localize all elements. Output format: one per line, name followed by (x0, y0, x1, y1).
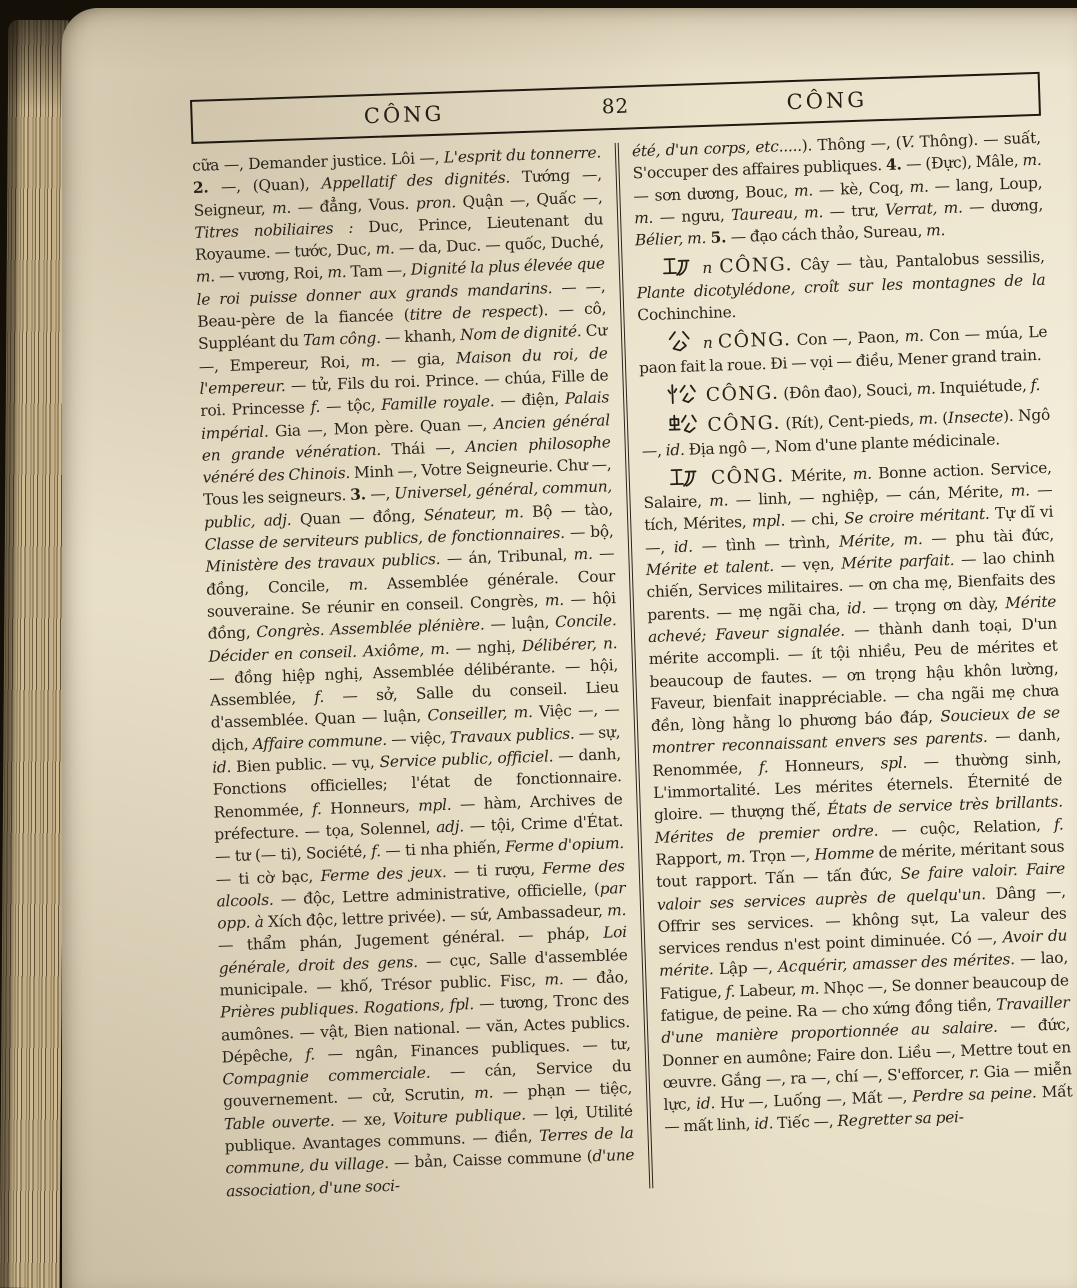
text-run: m. (794, 181, 814, 200)
text-run: m. (327, 263, 347, 282)
text-run: m. (726, 848, 746, 867)
text-run: id. (847, 599, 867, 618)
text-run: — ngưu, (653, 206, 731, 227)
text-run: Affaire commune. (252, 731, 387, 753)
text-run: id. (754, 1115, 774, 1134)
text-run: Prières publiques. Rogations, fpl. (220, 995, 474, 1021)
text-run: m. (909, 177, 929, 196)
text-run: m. (545, 591, 565, 610)
text-run: Rapport, (655, 849, 727, 869)
text-run: m. (904, 327, 924, 346)
text-run: Titres nobiliaires : (194, 219, 353, 242)
text-run: — luận, (484, 613, 555, 633)
text-run: f. (1030, 376, 1040, 394)
text-run: Regretter sa pei- (837, 1108, 964, 1130)
text-run: Voiture publique. (393, 1105, 526, 1127)
text-run: titre de respect (409, 302, 538, 324)
text-run: — sự, (574, 723, 620, 743)
cjk-headword-character (664, 329, 695, 354)
text-run: m. (544, 970, 564, 989)
text-run: Mérite, m. (839, 530, 923, 551)
text-run: f. (758, 758, 768, 776)
page-number: 82 (587, 93, 643, 119)
text-run: — lang, Loup, (928, 173, 1042, 195)
text-run: Ferme d'opium. (505, 834, 624, 856)
text-run: Lập —, (713, 958, 778, 978)
text-run: Tam công. (303, 329, 381, 350)
text-body: cữa —, Demander justice. Lôi —, L'esprit… (192, 127, 1076, 1203)
text-run: Verrat, m. (885, 198, 963, 219)
text-run: Bộ — tào, (523, 500, 613, 521)
running-head-left: CÔNG (192, 96, 616, 134)
text-run: Gia —, Mon père. Quan —, (268, 415, 494, 440)
text-run: Hư —, Luống —, Mất —, (715, 1088, 913, 1113)
text-run: Taureau, m. (731, 203, 824, 224)
text-run: adj. (436, 817, 464, 836)
text-run: Compagnie commerciale. (222, 1064, 430, 1089)
text-run: Famille royale. (381, 392, 495, 414)
cjk-headword-character (668, 464, 699, 489)
book-page-edges (0, 20, 68, 1288)
text-run: m. (916, 379, 936, 398)
text-run: Bien public. — vụ, (231, 753, 380, 776)
text-run: Honneurs, (321, 796, 418, 817)
text-run: — kè, Coq, (813, 178, 910, 199)
dictionary-entry: n CÔNG. Cây — tàu, Pantalobus sessilis, … (635, 242, 1046, 326)
text-run: Ministère des travaux publics. (205, 550, 440, 576)
text-run: Honneurs, (768, 754, 881, 776)
text-run: — vẹn, (774, 555, 842, 575)
text-run: — chi, (785, 510, 845, 530)
left-column: cữa —, Demander justice. Lôi —, L'esprit… (192, 141, 636, 1202)
text-run: CÔNG. (719, 255, 793, 278)
text-run: — đạo cách thảo, Sureau, (730, 222, 926, 246)
text-run: pron. (416, 193, 457, 212)
text-run: m. (852, 464, 872, 483)
text-run: m. (196, 268, 216, 287)
text-run: Sénateur, m. (424, 503, 524, 524)
text-run: id. (696, 1094, 716, 1113)
text-run: Tam —, (346, 261, 411, 281)
text-run: 4. (886, 156, 907, 175)
text-run: —, (Quan), (221, 175, 322, 196)
text-run: Ferme des jeux. (320, 862, 447, 884)
text-run: Appellatif des dignités. (321, 169, 510, 193)
text-run: m. (375, 239, 395, 258)
text-run: — xe, (334, 1110, 393, 1130)
text-run: Mérite, (784, 465, 853, 485)
text-run: Inquiétude, (935, 376, 1031, 397)
text-run: CÔNG. (701, 465, 784, 489)
text-run: f. (1054, 815, 1064, 833)
text-run: Trọn —, (745, 846, 815, 866)
text-run: — ti rượu, (446, 859, 542, 880)
text-run: — da, Duc. — quốc, Duché, (394, 233, 604, 258)
text-run: m. (607, 901, 627, 920)
text-run: — ti cờ bạc, (216, 867, 321, 888)
dictionary-entry: CÔNG. Mérite, m. Bonne action. Service, … (642, 453, 1073, 1139)
text-run: — cuộc, Relation, (878, 815, 1054, 839)
text-run: m. (800, 979, 820, 998)
text-run: Service public, officiel. (379, 747, 553, 771)
text-run: Quận —, Quấc —, (456, 188, 603, 211)
text-run: Conseiller, m. (427, 703, 533, 724)
text-run: id. (665, 440, 685, 459)
text-run: — (Đực), Mâle, (906, 152, 1023, 174)
text-run: — đảo, (563, 968, 628, 988)
text-run: —, (370, 485, 394, 504)
dictionary-entry: n CÔNG. Con —, Paon, m. Con — múa, Le pa… (638, 317, 1048, 379)
text-run: m. (709, 492, 729, 511)
text-run: m. (1010, 482, 1030, 501)
printed-content: CÔNG CÔNG 82 cữa —, Demander justice. Lô… (190, 72, 1076, 1203)
text-run: Con —, Paon, (791, 328, 905, 350)
dictionary-paragraph: été, d'un corps, etc.....). Thông —, (V.… (632, 127, 1044, 252)
text-run: — phu tài đức, (922, 525, 1054, 547)
text-run: Nom de dignité. (460, 323, 582, 345)
text-run: 3. (350, 486, 371, 505)
text-run: 5. (706, 228, 731, 247)
text-run: Acquérir, amasser des mérites. (778, 951, 1015, 977)
text-run: ( (937, 409, 948, 427)
text-run: — bộ, (564, 522, 613, 542)
text-run: — đẳng, Vous. (291, 194, 416, 216)
text-run: — tộc, (320, 396, 382, 416)
text-run: — gia, (380, 349, 457, 370)
text-run: Homme (814, 844, 874, 864)
text-run: CÔNG. (718, 330, 792, 353)
text-run: id. (212, 758, 232, 777)
text-run: Tiếc —, (773, 1113, 838, 1133)
text-run: 2. (193, 178, 222, 197)
book-page: CÔNG CÔNG 82 cữa —, Demander justice. Lô… (62, 8, 1077, 1288)
right-column: été, d'un corps, etc.....). Thông —, (V.… (632, 127, 1076, 1188)
text-run: m. (926, 221, 946, 240)
cjk-headword-character (661, 254, 692, 279)
text-run: f. (310, 398, 320, 416)
text-run: Se croire méritant. (844, 505, 990, 528)
text-run: Insecte (948, 407, 1004, 427)
text-run: — dương, (962, 196, 1043, 217)
text-run: — vương, Roi, (215, 264, 328, 286)
text-run: — nghị, (449, 637, 522, 657)
text-run: id. (673, 537, 693, 556)
text-run: n (697, 334, 718, 353)
text-run: Perdre sa peine. (912, 1084, 1037, 1106)
cjk-headword-character (666, 381, 697, 406)
text-run: mpl. (418, 795, 452, 814)
text-run: Travaux publics. (450, 724, 575, 746)
text-run: été, d'un corps, etc..... (632, 137, 802, 161)
text-run: — sơn dương, Bouc, (633, 182, 794, 205)
text-run: Délibérer, n. (522, 634, 618, 655)
scanned-book-photo: { "document": { "kind": "dictionary-page… (0, 0, 1077, 1288)
text-run: (Rít), Cent-pieds, (781, 410, 919, 433)
text-run: m. (573, 545, 593, 564)
dictionary-paragraph: cữa —, Demander justice. Lôi —, L'esprit… (192, 141, 636, 1202)
text-run: m. (474, 1084, 494, 1103)
text-run: Mérite et talent. (646, 557, 775, 579)
cjk-headword-character (667, 412, 698, 437)
text-run: Table ouverte. (224, 1112, 335, 1134)
dictionary-entry: CÔNG. (Rít), Cent-pieds, m. (Insecte). N… (641, 400, 1051, 462)
text-run: n (695, 259, 720, 278)
text-run: Mérite parfait. (841, 551, 955, 573)
text-run: — bản, Caisse commune ( (388, 1148, 592, 1173)
text-run: — khanh, (380, 327, 460, 348)
text-run: m. (634, 209, 654, 228)
text-run: Labeur, (735, 980, 801, 1000)
text-run: — phạn — tiệc, (493, 1079, 632, 1102)
text-run: Cây — tàu, Pantalobus sessilis, (793, 248, 1045, 274)
text-run: Bélier, m. (635, 229, 707, 249)
text-run: f. (371, 842, 381, 860)
text-run: Thái —, (381, 438, 466, 459)
text-run: Quan — đồng, (291, 506, 424, 528)
text-run: m. (918, 410, 938, 429)
text-run: Congrès. Assemblée plénière. (256, 616, 485, 642)
text-run: CÔNG. (699, 383, 780, 407)
text-run: ). Thông —, ( (801, 133, 901, 154)
text-run: Cochinchine. (637, 303, 736, 324)
text-run: m. (1022, 151, 1042, 170)
text-run: — việc, (387, 728, 451, 748)
text-run: — trọng ơn dày, (866, 594, 1006, 617)
text-run: V. (901, 133, 914, 151)
text-run: L'esprit du tonnerre. (444, 143, 602, 166)
text-run: — điện, (494, 390, 565, 410)
text-run: m. (361, 352, 381, 371)
text-run: m. (348, 575, 368, 594)
text-run: spl. (880, 753, 907, 772)
running-head-right: CÔNG (615, 82, 1039, 120)
text-run: — ti nha phiến, (380, 838, 505, 860)
text-run: mpl. (752, 512, 786, 531)
text-run: (Đôn đao), Souci, (779, 380, 917, 403)
text-run: — trư, (823, 201, 886, 221)
text-run: — án, Tribunal, (440, 546, 574, 568)
text-run: m. (272, 198, 292, 217)
text-run: CÔNG. (700, 413, 781, 437)
text-run: — tình — trình, (692, 532, 839, 555)
